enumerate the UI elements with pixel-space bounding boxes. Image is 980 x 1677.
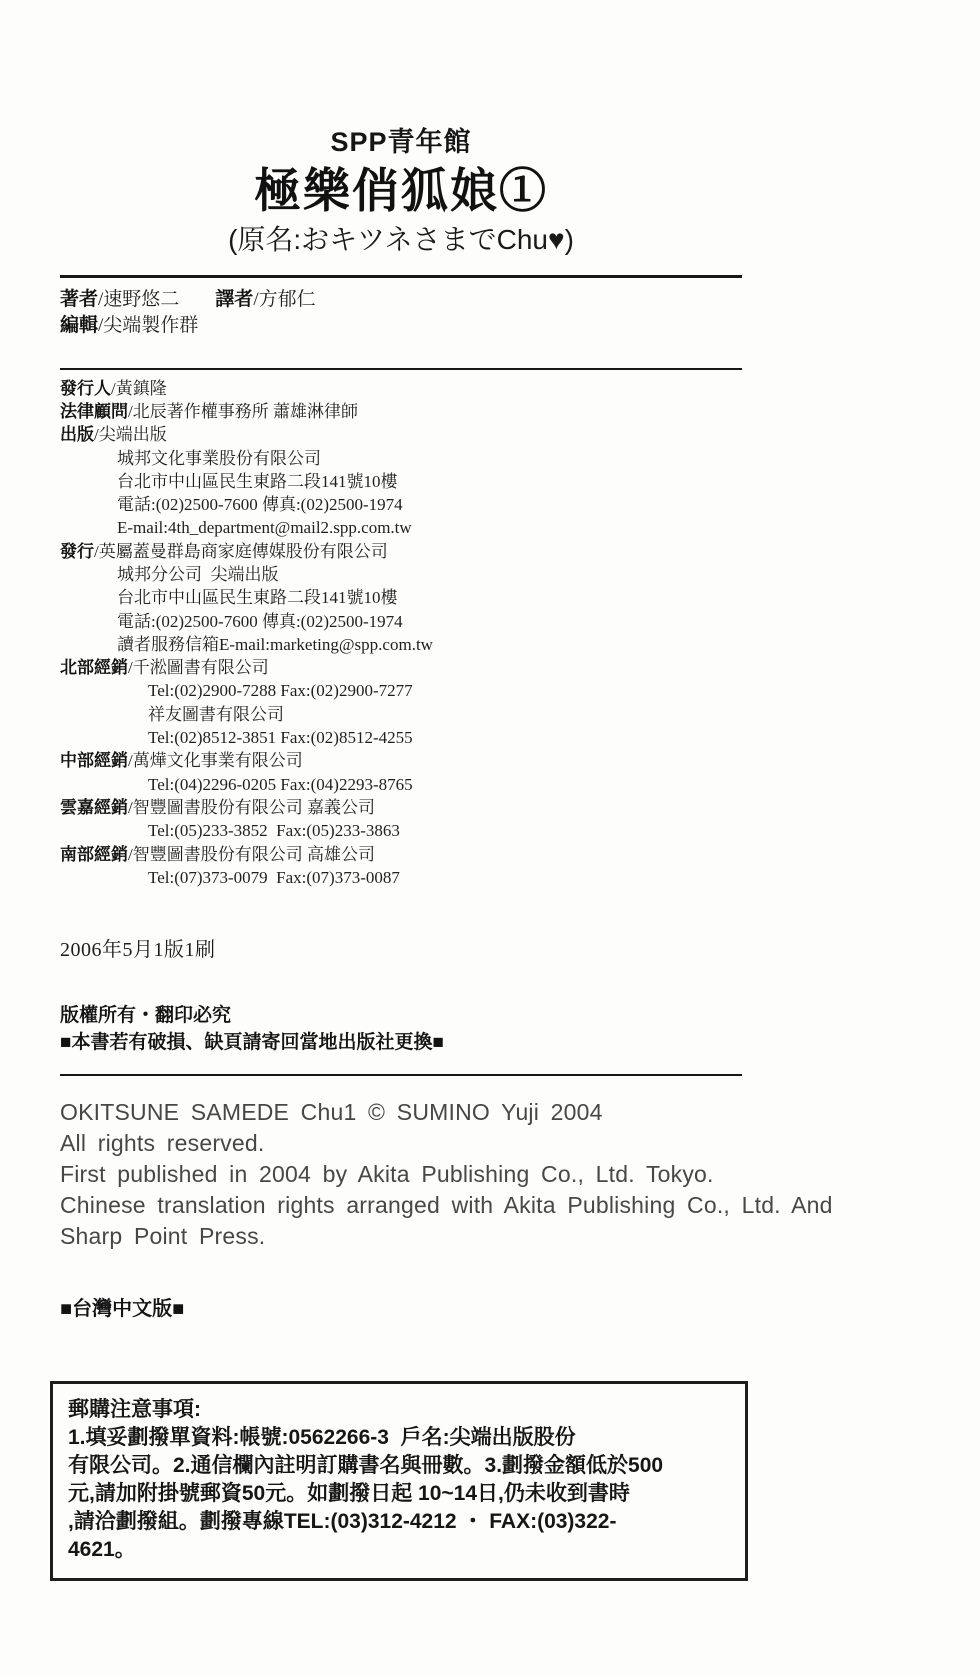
publication-line: 電話:(02)2500-7600 傳真:(02)2500-1974 [60,610,742,633]
english-copyright-line: OKITSUNE SAMEDE Chu1 © SUMINO Yuji 2004 [60,1097,742,1128]
credit-person-name: /尖端製作群 [98,315,198,336]
publication-line: Tel:(07)373-0079 Fax:(07)373-0087 [60,866,742,889]
publication-field-value: /尖端出版 [94,425,167,444]
taiwan-edition-line: ■台灣中文版■ [60,1292,742,1321]
mail-order-line: ,請洽劃撥組。劃撥專線TEL:(03)312-4212 ・ FAX:(03)32… [68,1508,730,1536]
publication-field-value: 讀者服務信箱E-mail:marketing@spp.com.tw [117,635,433,654]
publication-field-label: 雲嘉經銷 [60,798,128,817]
publication-line: 北部經銷/千淞圖書有限公司 [60,656,742,679]
publication-line: 雲嘉經銷/智豐圖書股份有限公司 嘉義公司 [60,796,742,819]
mail-order-line: 元,請加附掛號郵資50元。如劃撥日起 10~14日,仍未收到書時 [68,1480,730,1508]
publication-field-label: 法律顧問 [60,402,128,421]
damaged-copy-line: ■本書若有破損、缺頁請寄回當地出版社更換■ [60,1029,742,1056]
publication-field-value: Tel:(04)2296-0205 Fax:(04)2293-8765 [148,775,413,794]
publication-line: 台北市中山區民生東路二段141號10樓 [60,586,742,609]
publication-field-value: E-mail:4th_department@mail2.spp.com.tw [117,518,412,537]
publication-line: 城邦分公司 尖端出版 [60,563,742,586]
credits-block: 著者/速野悠二譯者/方郁仁編輯/尖端製作群 [60,278,742,350]
publication-field-value: Tel:(02)2900-7288 Fax:(02)2900-7277 [148,681,413,700]
publication-line: 祥友圖書有限公司 [60,703,742,726]
publication-field-value: /智豐圖書股份有限公司 嘉義公司 [128,798,375,817]
publication-field-value: 電話:(02)2500-7600 傳真:(02)2500-1974 [117,612,403,631]
publication-field-value: /千淞圖書有限公司 [128,658,269,677]
english-copyright-line: Chinese translation rights arranged with… [60,1190,742,1221]
colophon-page: SPP青年館 極樂俏狐娘① (原名:おキツネさまでChu♥) 著者/速野悠二譯者… [0,0,980,1581]
mail-order-line: 有限公司。2.通信欄內註明訂購書名與冊數。3.劃撥金額低於500 [68,1452,730,1480]
publication-line: 發行/英屬蓋曼群島商家庭傳媒股份有限公司 [60,540,742,563]
publication-line: Tel:(05)233-3852 Fax:(05)233-3863 [60,819,742,842]
publication-field-value: 城邦文化事業股份有限公司 [117,449,321,468]
mail-order-box: 郵購注意事項:1.填妥劃撥單資料:帳號:0562266-3 戶名:尖端出版股份有… [50,1381,748,1581]
publication-field-label: 發行人 [60,379,111,398]
publication-field-label: 出版 [60,425,94,444]
credit-segment: 譯者/方郁仁 [215,289,315,310]
publication-field-value: 城邦分公司 尖端出版 [117,565,279,584]
publication-line: 讀者服務信箱E-mail:marketing@spp.com.tw [60,633,742,656]
publication-field-value: 電話:(02)2500-7600 傳真:(02)2500-1974 [117,495,403,514]
edition-line: 2006年5月1版1刷 [60,933,742,962]
credit-segment: 著者/速野悠二 [60,289,179,310]
english-copyright-line: Sharp Point Press. [60,1221,742,1252]
publication-line: Tel:(02)2900-7288 Fax:(02)2900-7277 [60,679,742,702]
publication-field-value: /黃鎮隆 [111,379,167,398]
mail-order-line: 1.填妥劃撥單資料:帳號:0562266-3 戶名:尖端出版股份 [68,1424,730,1452]
rights-block: 版權所有・翻印必究 ■本書若有破損、缺頁請寄回當地出版社更換■ [60,1002,742,1056]
credit-line: 著者/速野悠二譯者/方郁仁 [60,287,742,313]
publication-field-label: 中部經銷 [60,751,128,770]
divider-rights [60,1074,742,1076]
publication-field-value: Tel:(05)233-3852 Fax:(05)233-3863 [148,821,400,840]
publication-block: 發行人/黃鎮隆法律顧問/北辰著作權事務所 蕭雄淋律師出版/尖端出版城邦文化事業股… [60,370,742,890]
mail-order-line: 4621。 [68,1536,730,1564]
publication-field-value: /英屬蓋曼群島商家庭傳媒股份有限公司 [94,542,388,561]
publication-line: 發行人/黃鎮隆 [60,377,742,400]
credit-person-name: /方郁仁 [253,289,315,310]
publication-line: 出版/尖端出版 [60,423,742,446]
publication-line: E-mail:4th_department@mail2.spp.com.tw [60,516,742,539]
english-copyright-block: OKITSUNE SAMEDE Chu1 © SUMINO Yuji 2004A… [60,1097,742,1252]
english-copyright-line: First published in 2004 by Akita Publish… [60,1159,742,1190]
rights-reserved-line: 版權所有・翻印必究 [60,1002,742,1029]
publication-line: Tel:(04)2296-0205 Fax:(04)2293-8765 [60,773,742,796]
publication-field-value: /萬燁文化事業有限公司 [128,751,303,770]
credit-line: 編輯/尖端製作群 [60,313,742,339]
credit-role-label: 譯者 [215,289,253,310]
publication-field-value: Tel:(07)373-0079 Fax:(07)373-0087 [148,868,400,887]
title-block: SPP青年館 極樂俏狐娘① (原名:おキツネさまでChu♥) [60,126,742,257]
publication-line: 南部經銷/智豐圖書股份有限公司 高雄公司 [60,843,742,866]
english-copyright-line: All rights reserved. [60,1128,742,1159]
publication-line: 電話:(02)2500-7600 傳真:(02)2500-1974 [60,493,742,516]
publication-field-value: Tel:(02)8512-3851 Fax:(02)8512-4255 [148,728,413,747]
credit-person-name: /速野悠二 [98,289,179,310]
publication-field-value: 台北市中山區民生東路二段141號10樓 [117,472,398,491]
book-title: 極樂俏狐娘① [60,165,742,218]
content-column: SPP青年館 極樂俏狐娘① (原名:おキツネさまでChu♥) 著者/速野悠二譯者… [60,126,742,1581]
publication-field-value: 台北市中山區民生東路二段141號10樓 [117,588,398,607]
publication-line: 法律顧問/北辰著作權事務所 蕭雄淋律師 [60,400,742,423]
publication-field-value: /北辰著作權事務所 蕭雄淋律師 [128,402,358,421]
publication-field-label: 北部經銷 [60,658,128,677]
imprint-name: SPP青年館 [60,126,742,158]
publication-field-label: 發行 [60,542,94,561]
credit-segment: 編輯/尖端製作群 [60,315,198,336]
publication-line: 城邦文化事業股份有限公司 [60,447,742,470]
publication-field-value: 祥友圖書有限公司 [148,705,284,724]
original-title: (原名:おキツネさまでChu♥) [60,223,742,257]
publication-line: 中部經銷/萬燁文化事業有限公司 [60,749,742,772]
publication-field-value: /智豐圖書股份有限公司 高雄公司 [128,845,375,864]
mail-order-line: 郵購注意事項: [68,1396,730,1424]
credit-role-label: 著者 [60,289,98,310]
publication-line: 台北市中山區民生東路二段141號10樓 [60,470,742,493]
publication-field-label: 南部經銷 [60,845,128,864]
credit-role-label: 編輯 [60,315,98,336]
publication-line: Tel:(02)8512-3851 Fax:(02)8512-4255 [60,726,742,749]
